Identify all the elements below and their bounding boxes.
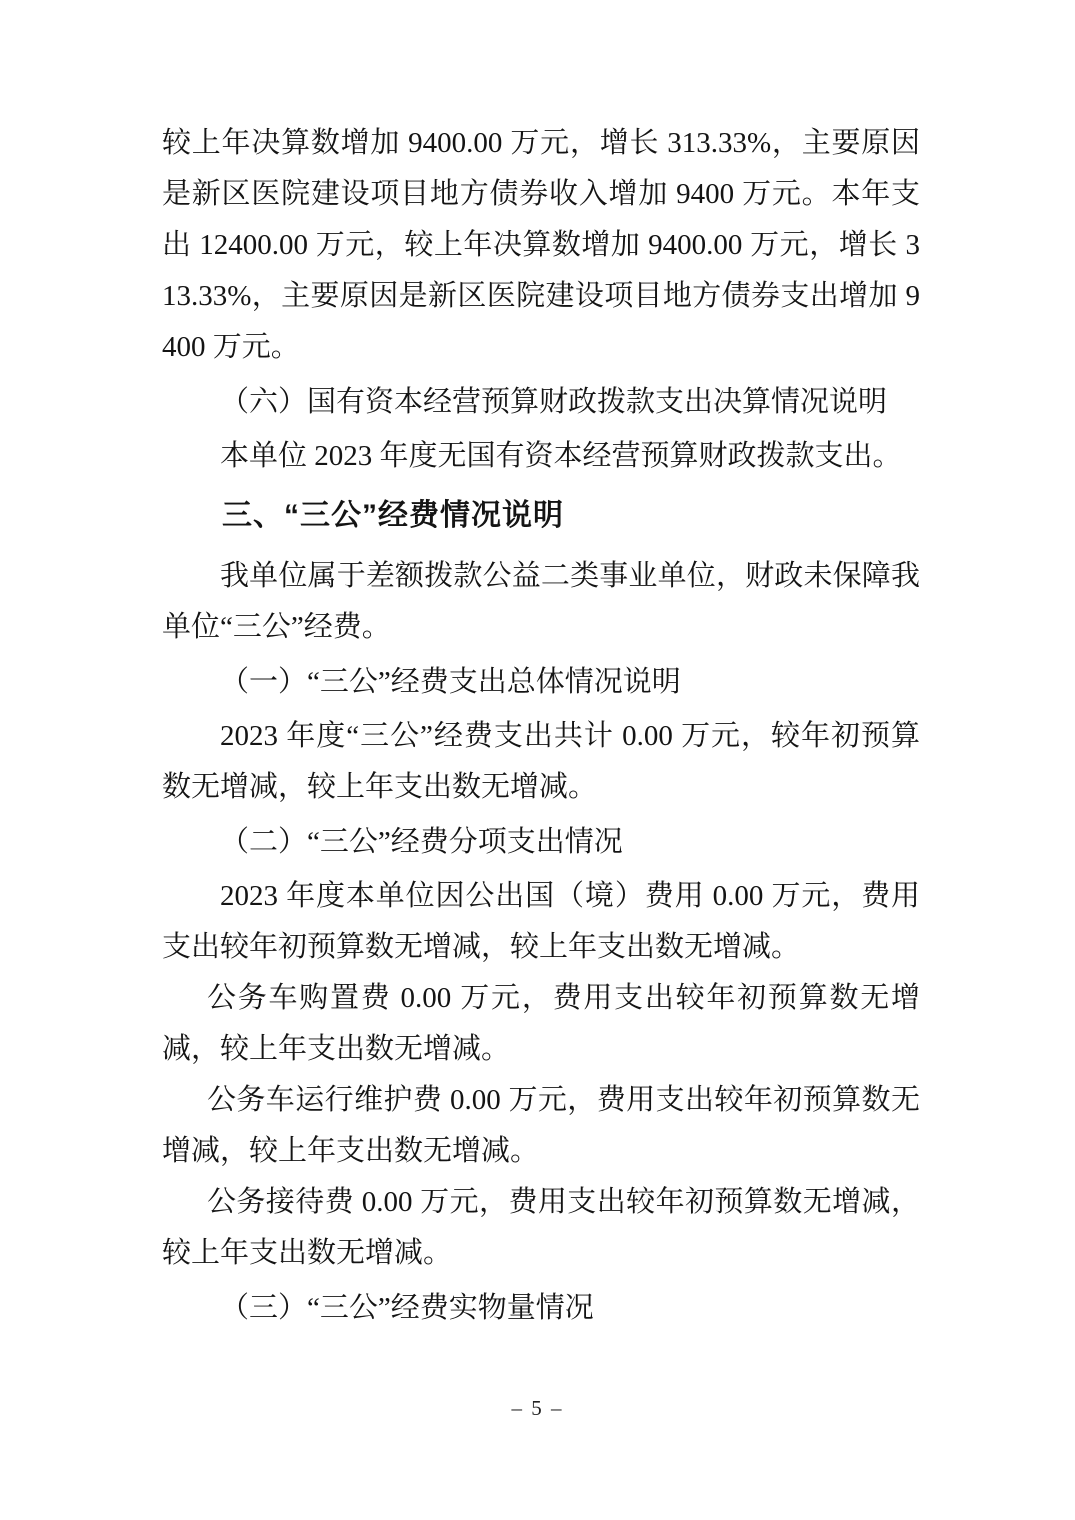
paragraph-unit-type: 我单位属于差额拨款公益二类事业单位，财政未保障我单位“三公”经费。 bbox=[162, 551, 920, 653]
document-page: 较上年决算数增加 9400.00 万元，增长 313.33%，主要原因是新区医院… bbox=[0, 0, 1075, 1520]
paragraph-final-accounts-change: 较上年决算数增加 9400.00 万元，增长 313.33%，主要原因是新区医院… bbox=[162, 118, 920, 373]
paragraph-reception-expense: 公务接待费 0.00 万元，费用支出较年初预算数无增减，较上年支出数无增减。 bbox=[162, 1177, 920, 1279]
heading-three-public-funds: 三、“三公”经费情况说明 bbox=[162, 490, 920, 541]
subheading-physical-quantity: （三）“三公”经费实物量情况 bbox=[162, 1283, 920, 1334]
paragraph-no-state-capital-expenditure: 本单位 2023 年度无国有资本经营预算财政拨款支出。 bbox=[162, 431, 920, 482]
paragraph-abroad-expense: 2023 年度本单位因公出国（境）费用 0.00 万元，费用支出较年初预算数无增… bbox=[162, 871, 920, 973]
subheading-itemized-expenditure: （二）“三公”经费分项支出情况 bbox=[162, 817, 920, 868]
document-body: 较上年决算数增加 9400.00 万元，增长 313.33%，主要原因是新区医院… bbox=[162, 118, 920, 1337]
paragraph-vehicle-maintenance-expense: 公务车运行维护费 0.00 万元，费用支出较年初预算数无增减，较上年支出数无增减… bbox=[162, 1075, 920, 1177]
paragraph-vehicle-purchase-expense: 公务车购置费 0.00 万元，费用支出较年初预算数无增减，较上年支出数无增减。 bbox=[162, 973, 920, 1075]
subheading-overall-expenditure: （一）“三公”经费支出总体情况说明 bbox=[162, 657, 920, 708]
page-number: – 5 – bbox=[0, 1396, 1075, 1421]
paragraph-overall-expenditure: 2023 年度“三公”经费支出共计 0.00 万元，较年初预算数无增减，较上年支… bbox=[162, 711, 920, 813]
subheading-state-capital-budget: （六）国有资本经营预算财政拨款支出决算情况说明 bbox=[162, 377, 920, 428]
